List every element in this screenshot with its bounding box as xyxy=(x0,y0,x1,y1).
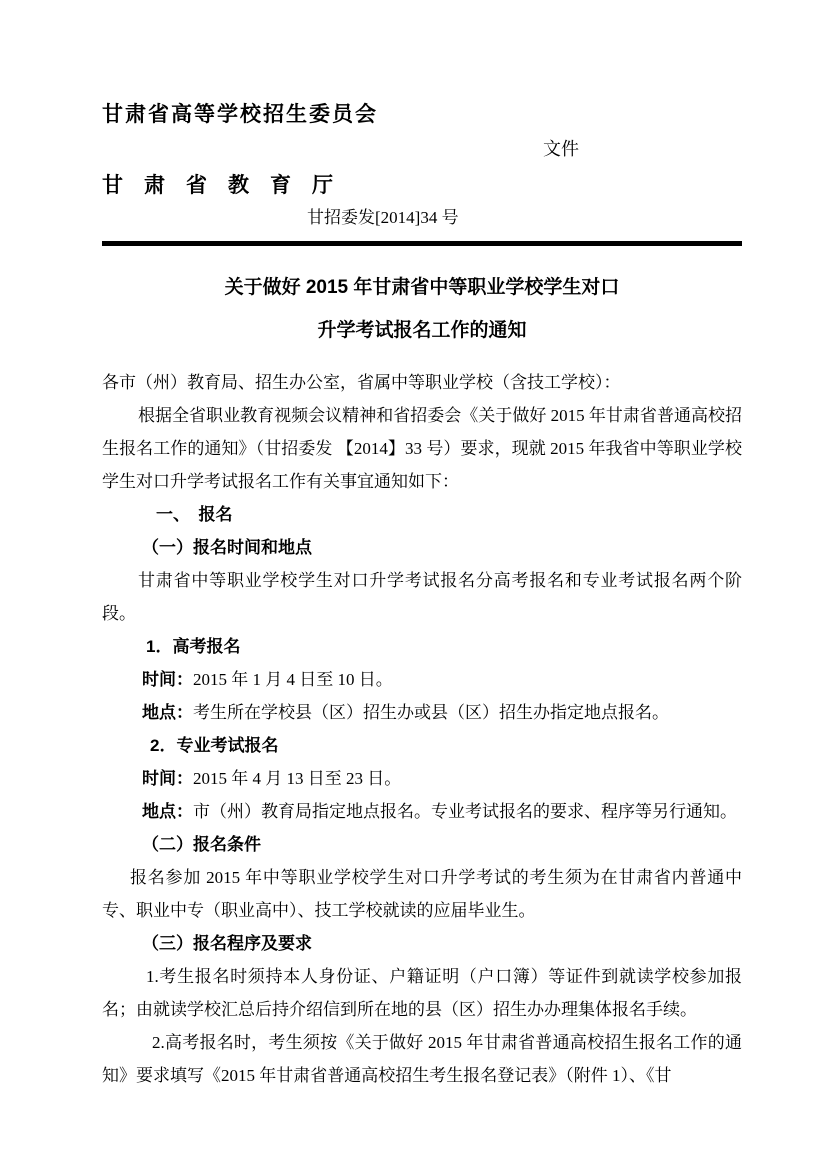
time-label: 时间： xyxy=(142,670,193,689)
time-value: 2015 年 4 月 13 日至 23 日。 xyxy=(193,769,401,788)
subsection-2-heading: （二）报名条件 xyxy=(102,828,742,861)
eligibility-paragraph: 报名参加 2015 年中等职业学校学生对口升学考试的考生须为在甘肃省内普通中专、… xyxy=(102,861,742,927)
document-header: 甘肃省高等学校招生委员会 文件 甘 肃 省 教 育 厅 甘招委发[2014]34… xyxy=(102,103,742,246)
item-2-time-line: 时间：2015 年 4 月 13 日至 23 日。 xyxy=(102,762,742,795)
place-label: 地点： xyxy=(142,703,193,722)
procedure-step-1-paragraph: 1.考生报名时须持本人身份证、户籍证明（户口簿）等证件到就读学校参加报名；由就读… xyxy=(102,960,742,1026)
doc-number: 甘招委发[2014]34 号 xyxy=(102,207,742,229)
section-1-heading: 一、 报名 xyxy=(102,498,742,531)
issuer-name-line1: 甘肃省高等学校招生委员会 xyxy=(102,103,742,127)
item-2-heading: 2．专业考试报名 xyxy=(102,729,742,762)
doc-type-label: 文件 xyxy=(102,138,742,160)
stages-paragraph: 甘肃省中等职业学校学生对口升学考试报名分高考报名和专业考试报名两个阶段。 xyxy=(102,564,742,630)
place-value: 考生所在学校县（区）招生办或县（区）招生办指定地点报名。 xyxy=(193,703,669,722)
greeting-line: 各市（州）教育局、招生办公室，省属中等职业学校（含技工学校）： xyxy=(102,366,742,399)
subsection-1-heading: （一）报名时间和地点 xyxy=(102,531,742,564)
item-1-heading: 1．高考报名 xyxy=(102,630,742,663)
procedure-step-2-paragraph: 2.高考报名时，考生须按《关于做好 2015 年甘肃省普通高校招生报名工作的通知… xyxy=(102,1026,742,1092)
doc-title-line1: 关于做好 2015 年甘肃省中等职业学校学生对口 xyxy=(102,266,742,309)
intro-paragraph: 根据全省职业教育视频会议精神和省招委会《关于做好 2015 年甘肃省普通高校招生… xyxy=(102,399,742,498)
time-label: 时间： xyxy=(142,769,193,788)
doc-title-line2: 升学考试报名工作的通知 xyxy=(102,309,742,352)
header-rule xyxy=(102,241,742,246)
doc-body: 各市（州）教育局、招生办公室，省属中等职业学校（含技工学校）： 根据全省职业教育… xyxy=(102,366,742,1092)
document-page: 甘肃省高等学校招生委员会 文件 甘 肃 省 教 育 厅 甘招委发[2014]34… xyxy=(0,0,826,1169)
time-value: 2015 年 1 月 4 日至 10 日。 xyxy=(193,670,393,689)
doc-title: 关于做好 2015 年甘肃省中等职业学校学生对口 升学考试报名工作的通知 xyxy=(102,266,742,352)
subsection-3-heading: （三）报名程序及要求 xyxy=(102,927,742,960)
place-value: 市（州）教育局指定地点报名。专业考试报名的要求、程序等另行通知。 xyxy=(193,802,737,821)
item-2-place-line: 地点：市（州）教育局指定地点报名。专业考试报名的要求、程序等另行通知。 xyxy=(102,795,742,828)
item-1-time-line: 时间：2015 年 1 月 4 日至 10 日。 xyxy=(102,663,742,696)
issuer-name-line2: 甘 肃 省 教 育 厅 xyxy=(102,174,742,198)
item-1-place-line: 地点：考生所在学校县（区）招生办或县（区）招生办指定地点报名。 xyxy=(102,696,742,729)
place-label: 地点： xyxy=(142,802,193,821)
